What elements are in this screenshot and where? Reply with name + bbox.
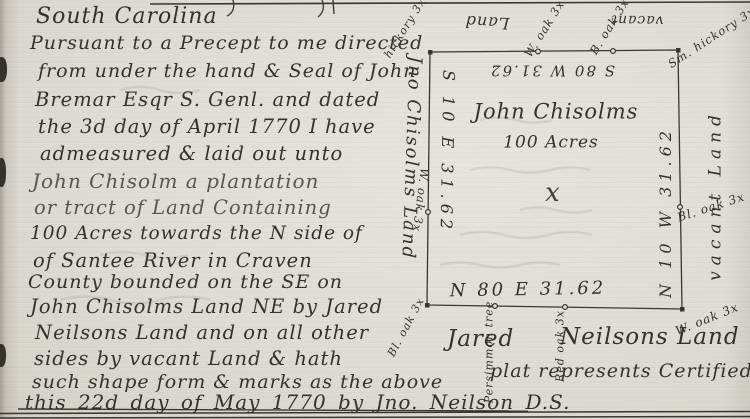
corner-marker-bottom-right [680, 307, 685, 312]
text-line: 100 Acres towards the N side of [30, 225, 363, 244]
text-line: or tract of Land Containing [34, 198, 332, 218]
plat-owner-name: John Chisolms [474, 102, 639, 123]
text-line: Bremar Esqr S. Genl. and dated [35, 90, 380, 110]
text-line: the 3d day of April 1770 I have [38, 117, 376, 137]
adjoiner-bottom-first: Jared [447, 328, 514, 351]
bottom-ledger-rule-2 [0, 417, 750, 419]
text-line-heading: South Carolina [36, 6, 218, 28]
tree-mark-bottom-station-1: Persimmon tree [484, 301, 495, 404]
text-line: sides by vacant Land & hath [34, 349, 343, 369]
text-line: from under the hand & Seal of John [38, 62, 416, 81]
station-marker-top-2 [611, 49, 616, 54]
text-line: County bounded on the SE on [28, 273, 343, 292]
text-line: John Chisolms Land NE by Jared [30, 297, 383, 317]
text-line: of Santee River in Craven [33, 251, 313, 271]
station-marker-bottom-2 [563, 305, 568, 310]
bearing-left: S 10 E 31.62 [438, 70, 457, 234]
bearing-bottom: N 80 E 31.62 [450, 280, 607, 301]
center-x-mark: x [545, 180, 561, 206]
text-line: Pursuant to a Precept to me directed [30, 34, 423, 53]
text-line: Neilsons Land and on all other [35, 323, 369, 343]
certification-continuation: plat represents Certified [490, 362, 750, 381]
top-ledger-rule [150, 2, 750, 4]
adjoiner-top-land: Land [464, 13, 509, 31]
plat-acreage: 100 Acres [503, 135, 599, 152]
survey-record-page: South Carolina Pursuant to a Precept to … [0, 0, 750, 419]
text-line: admeasured & laid out unto [40, 144, 343, 164]
corner-marker-top-left [428, 50, 433, 55]
text-line: John Chisolm a plantation [32, 171, 319, 191]
previous-entry-flourishes [227, 0, 334, 17]
bearing-right: N 10 W 31.62 [658, 126, 674, 298]
bearing-top: S 80 W 31.62 [489, 63, 615, 78]
adjoiner-bottom-rest: Neilsons Land [560, 326, 740, 349]
tree-mark-bottom-station-2: Red oak 3x [555, 310, 566, 382]
